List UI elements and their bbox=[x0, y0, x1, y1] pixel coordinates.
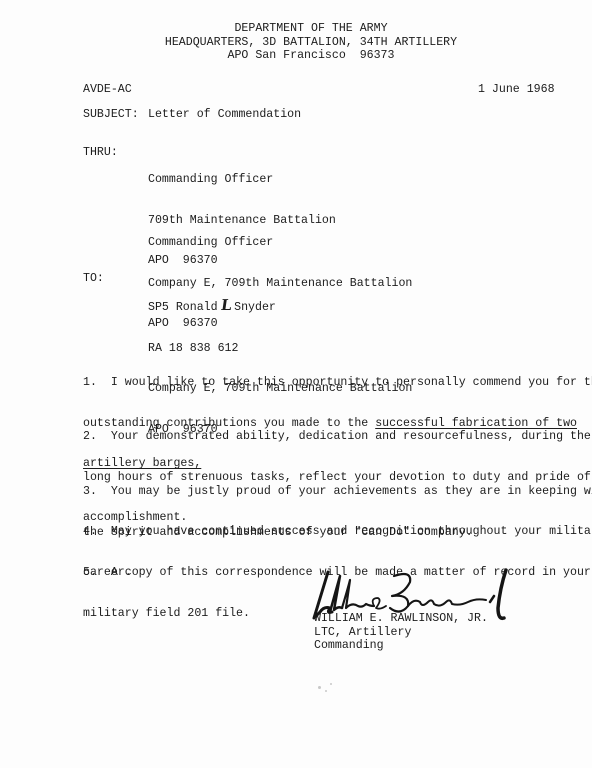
letterhead-address: APO San Francisco 96373 bbox=[30, 49, 592, 63]
signer-rank: LTC, Artillery bbox=[314, 626, 488, 640]
signature-block: WILLIAM E. RAWLINSON, JR. LTC, Artillery… bbox=[314, 612, 488, 653]
letterhead-department: DEPARTMENT OF THE ARMY bbox=[30, 22, 592, 36]
address-line: Commanding Officer bbox=[148, 236, 412, 250]
letter-page: DEPARTMENT OF THE ARMY HEADQUARTERS, 3D … bbox=[0, 0, 592, 768]
letterhead-unit: HEADQUARTERS, 3D BATTALION, 34TH ARTILLE… bbox=[30, 36, 592, 50]
handwritten-middle-initial: L bbox=[220, 299, 232, 313]
paragraph-line: 2. Your demonstrated ability, dedication… bbox=[83, 430, 583, 444]
letter-date: 1 June 1968 bbox=[478, 83, 555, 97]
recipient-surname: Snyder bbox=[234, 301, 276, 314]
recipient-name-prefix: SP5 Ronald bbox=[148, 301, 218, 314]
paragraph-line: 1. I would like to take this opportunity… bbox=[83, 376, 583, 390]
paper-speck bbox=[325, 690, 327, 692]
subject-label: SUBJECT: bbox=[83, 108, 139, 122]
to-label: TO: bbox=[83, 272, 104, 286]
recipient-name: SP5 RonaldLSnyder bbox=[148, 299, 412, 315]
paper-speck bbox=[318, 686, 321, 689]
address-line: Commanding Officer bbox=[148, 173, 336, 187]
office-symbol: AVDE-AC bbox=[83, 83, 132, 97]
subject-value: Letter of Commendation bbox=[148, 108, 301, 122]
signer-title: Commanding bbox=[314, 639, 488, 653]
thru-label: THRU: bbox=[83, 146, 118, 160]
paragraph-line: 4. May you have continued success and re… bbox=[83, 525, 583, 539]
signer-name: WILLIAM E. RAWLINSON, JR. bbox=[314, 612, 488, 626]
paragraph-line: 3. You may be justly proud of your achie… bbox=[83, 485, 583, 499]
letterhead: DEPARTMENT OF THE ARMY HEADQUARTERS, 3D … bbox=[0, 22, 592, 63]
paper-speck bbox=[330, 683, 332, 685]
